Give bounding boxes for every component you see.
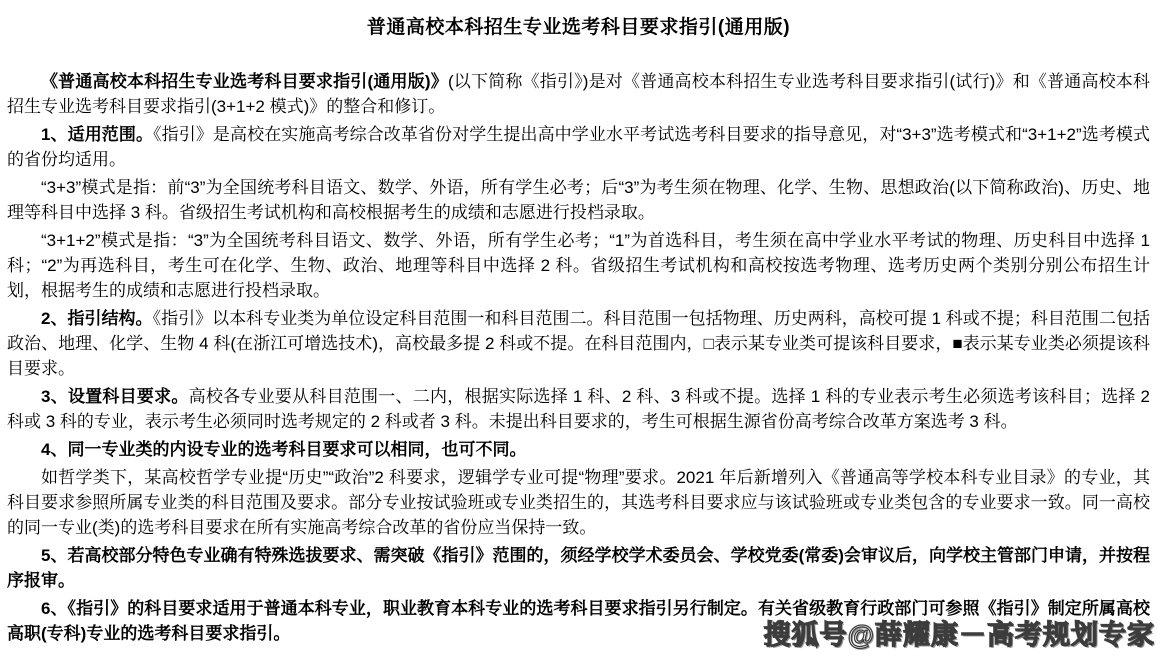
paragraph-structure: 2、指引结构。《指引》以本科专业类为单位设定科目范围一和科目范围二。科目范围一包…	[7, 306, 1150, 381]
paragraph-mode-3plus1plus2: “3+1+2”模式是指：“3”为全国统考科目语文、数学、外语，所有学生必考；“1…	[7, 228, 1150, 303]
sohu-account-watermark: 搜狐号@薛耀康－高考规划专家	[764, 613, 1155, 652]
paragraph-bold-lead: 4、同一专业类的内设专业的选考科目要求可以相同，也可不同。	[41, 440, 526, 459]
paragraph-text: 《指引》是高校在实施高考综合改革省份对学生提出高中学业水平考试选考科目要求的指导…	[7, 125, 1150, 169]
document-body: 《普通高校本科招生专业选考科目要求指引(通用版)》(以下简称《指引》)是对《普通…	[7, 69, 1150, 646]
paragraph-bold-lead: 3、设置科目要求。	[41, 387, 189, 406]
paragraph-example: 如哲学类下，某高校哲学专业提“历史”“政治”2 科要求，逻辑学专业可提“物理”要…	[7, 465, 1150, 540]
paragraph-bold-lead: 5、若高校部分特色专业确有特殊选拔要求、需突破《指引》范围的，须经学校学术委员会…	[7, 546, 1150, 590]
paragraph-subject-requirements: 3、设置科目要求。高校各专业要从科目范围一、二内，根据实际选择 1 科、2 科、…	[7, 384, 1150, 434]
paragraph-bold-lead: 2、指引结构。	[41, 309, 153, 328]
paragraph-text: 如哲学类下，某高校哲学专业提“历史”“政治”2 科要求，逻辑学专业可提“物理”要…	[7, 468, 1150, 537]
paragraph-same-category: 4、同一专业类的内设专业的选考科目要求可以相同，也可不同。	[7, 437, 1150, 462]
paragraph-intro: 《普通高校本科招生专业选考科目要求指引(通用版)》(以下简称《指引》)是对《普通…	[7, 69, 1150, 119]
paragraph-text: 《指引》以本科专业类为单位设定科目范围一和科目范围二。科目范围一包括物理、历史两…	[7, 309, 1150, 378]
paragraph-bold-lead: 1、适用范围。	[41, 125, 153, 144]
paragraph-special-majors: 5、若高校部分特色专业确有特殊选拔要求、需突破《指引》范围的，须经学校学术委员会…	[7, 543, 1150, 593]
page-title: 普通高校本科招生专业选考科目要求指引(通用版)	[7, 14, 1150, 42]
document-page: 普通高校本科招生专业选考科目要求指引(通用版) 《普通高校本科招生专业选考科目要…	[0, 0, 1157, 660]
paragraph-bold-lead: 《普通高校本科招生专业选考科目要求指引(通用版)》	[41, 72, 448, 91]
paragraph-scope: 1、适用范围。《指引》是高校在实施高考综合改革省份对学生提出高中学业水平考试选考…	[7, 122, 1150, 172]
paragraph-text: “3+1+2”模式是指：“3”为全国统考科目语文、数学、外语，所有学生必考；“1…	[7, 231, 1150, 300]
paragraph-text: “3+3”模式是指：前“3”为全国统考科目语文、数学、外语，所有学生必考；后“3…	[7, 178, 1150, 222]
paragraph-mode-3plus3: “3+3”模式是指：前“3”为全国统考科目语文、数学、外语，所有学生必考；后“3…	[7, 175, 1150, 225]
